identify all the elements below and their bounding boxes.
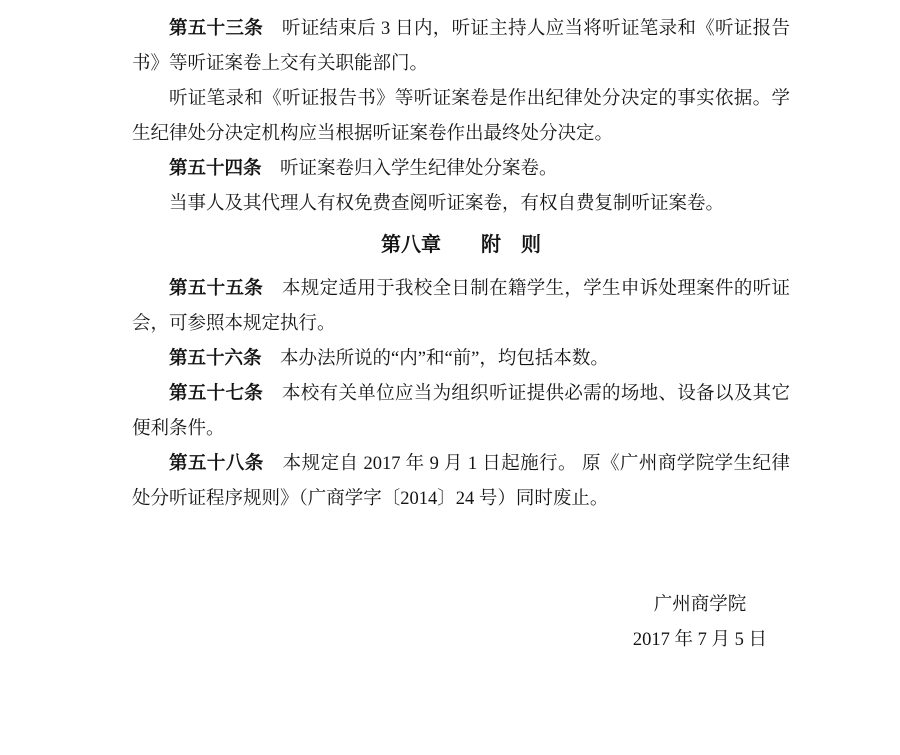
paragraph-text: 听证笔录和《听证报告书》等听证案卷是作出纪律处分决定的事实依据。学生纪律处分决定… [132, 89, 790, 144]
paragraph: 听证笔录和《听证报告书》等听证案卷是作出纪律处分决定的事实依据。学生纪律处分决定… [132, 82, 790, 152]
paragraph: 第五十三条 听证结束后 3 日内，听证主持人应当将听证笔录和《听证报告书》等听证… [132, 12, 790, 82]
paragraph-text: 本办法所说的“内”和“前”，均包括本数。 [262, 349, 609, 369]
paragraph: 第五十四条 听证案卷归入学生纪律处分案卷。 [132, 152, 790, 187]
paragraph: 第五十八条 本规定自 2017 年 9 月 1 日起施行。 原《广州商学院学生纪… [132, 447, 790, 517]
signer-name: 广州商学院 [585, 588, 815, 623]
chapter-heading: 第八章 附 则 [132, 227, 790, 263]
article-number: 第五十五条 [169, 279, 263, 299]
article-number: 第五十三条 [169, 19, 263, 39]
article-number: 第五十八条 [169, 454, 264, 474]
paragraph: 第五十七条 本校有关单位应当为组织听证提供必需的场地、设备以及其它便利条件。 [132, 377, 790, 447]
signature-block: 广州商学院 2017 年 7 月 5 日 [585, 588, 815, 658]
paragraph: 第五十五条 本规定适用于我校全日制在籍学生，学生申诉处理案件的听证会，可参照本规… [132, 272, 790, 342]
article-number: 第五十四条 [169, 159, 262, 179]
paragraph-text: 当事人及其代理人有权免费查阅听证案卷，有权自费复制听证案卷。 [169, 194, 724, 214]
article-number: 第五十七条 [169, 384, 263, 404]
signature-date: 2017 年 7 月 5 日 [585, 623, 815, 658]
article-number: 第五十六条 [169, 349, 262, 369]
paragraph: 当事人及其代理人有权免费查阅听证案卷，有权自费复制听证案卷。 [132, 187, 790, 222]
document-page: 第五十三条 听证结束后 3 日内，听证主持人应当将听证笔录和《听证报告书》等听证… [0, 0, 900, 755]
paragraph-text: 听证案卷归入学生纪律处分案卷。 [262, 159, 558, 179]
paragraph: 第五十六条 本办法所说的“内”和“前”，均包括本数。 [132, 342, 790, 377]
